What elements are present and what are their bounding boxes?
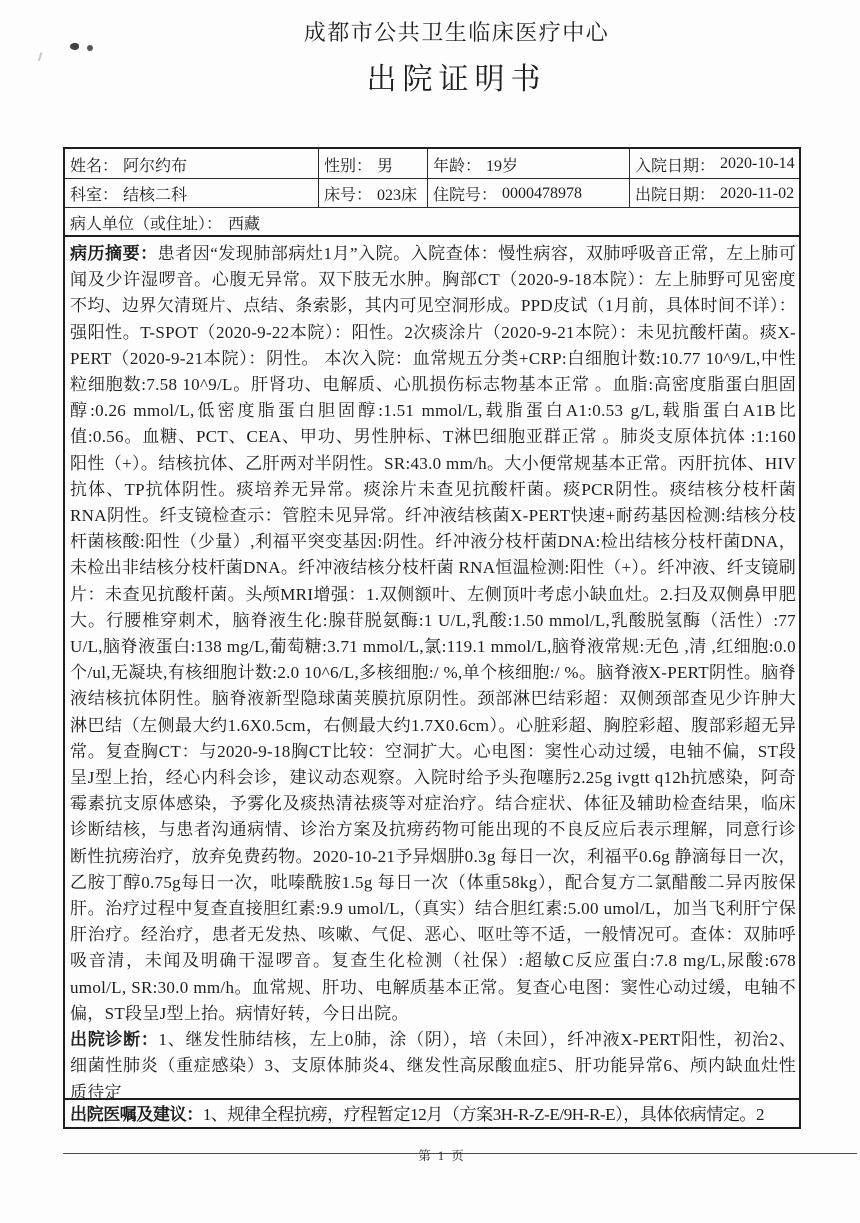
department-cell: 科室： 结核二科 [65,179,318,207]
sex-cell: 性别： 男 [318,149,427,178]
discharge-certificate-page: 成都市公共卫生临床医疗中心 出院证明书 姓名： 阿尔约布 性别： 男 年龄： 1… [0,0,860,1223]
hospital-name: 成都市公共卫生临床医疗中心 [88,16,825,47]
hospital-number-label: 住院号： [433,182,497,205]
discharge-date-cell: 出院日期： 2020-11-02 [629,179,799,207]
patient-info-row-1: 姓名： 阿尔约布 性别： 男 年龄： 19岁 入院日期： 2020-10-14 [65,149,799,178]
patient-address-value: 西藏 [228,211,260,234]
sex-label: 性别： [324,153,372,176]
name-cell: 姓名： 阿尔约布 [65,149,318,178]
summary-label: 病历摘要： [70,244,158,263]
diagnosis-label: 出院诊断： [70,1030,159,1049]
scan-ink-dot [70,43,79,50]
patient-address-label: 病人单位（或住址）： [70,211,222,234]
admission-date-label: 入院日期： [635,153,715,176]
patient-info-row-2: 科室： 结核二科 床号： 023床 住院号： 0000478978 出院日期： … [65,178,799,207]
name-label: 姓名： [70,153,118,176]
diagnosis-paragraph: 出院诊断：1、继发性肺结核，左上0肺，涂（阴），培（未回），纤冲液X-PERT阳… [70,1027,796,1098]
name-value: 阿尔约布 [123,153,187,176]
age-label: 年龄： [433,153,481,176]
hospital-number-cell: 住院号： 0000478978 [427,179,629,207]
document-title: 出院证明书 [88,54,825,98]
admission-date-value: 2020-10-14 [720,155,795,173]
certificate-table: 姓名： 阿尔约布 性别： 男 年龄： 19岁 入院日期： 2020-10-14 … [63,147,801,1129]
summary-paragraph: 病历摘要：患者因“发现肺部病灶1月”入院。入院查体：慢性病容，双肺呼吸音正常，左… [70,241,796,1027]
bed-label: 床号： [324,182,372,205]
page-number: 第 1 页 [73,1146,811,1164]
bed-cell: 床号： 023床 [318,179,427,207]
bed-value: 023床 [377,182,417,205]
orders-label: 出院医嘱及建议： [70,1105,203,1124]
hospital-number-value: 0000478978 [502,185,582,203]
summary-text: 患者因“发现肺部病灶1月”入院。入院查体：慢性病容，双肺呼吸音正常，左上肺可闻及… [70,244,796,1023]
discharge-orders-row: 出院医嘱及建议：1、规律全程抗痨，疗程暂定12月（方案3H-R-Z-E/9H-R… [65,1098,799,1127]
age-cell: 年龄： 19岁 [427,149,629,178]
discharge-date-value: 2020-11-02 [720,185,794,203]
admission-date-cell: 入院日期： 2020-10-14 [629,149,799,178]
age-value: 19岁 [486,153,518,176]
orders-text: 1、规律全程抗痨，疗程暂定12月（方案3H-R-Z-E/9H-R-E），具体依病… [203,1105,764,1124]
patient-address-row: 病人单位（或住址）： 西藏 [65,207,799,235]
discharge-date-label: 出院日期： [635,182,715,205]
department-label: 科室： [70,182,118,205]
scan-smudge-mark [38,52,47,63]
medical-record-body: 病历摘要：患者因“发现肺部病灶1月”入院。入院查体：慢性病容，双肺呼吸音正常，左… [65,235,799,1098]
diagnosis-text: 1、继发性肺结核，左上0肺，涂（阴），培（未回），纤冲液X-PERT阳性，初治2… [70,1030,796,1098]
sex-value: 男 [377,153,393,176]
department-value: 结核二科 [123,182,187,205]
